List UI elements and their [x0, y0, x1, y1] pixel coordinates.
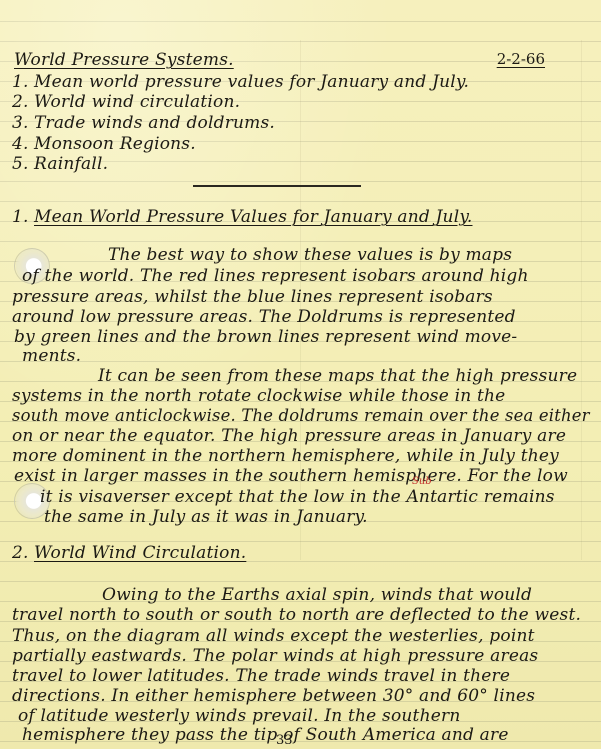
contents-item-2: 2.World wind circulation. — [12, 92, 240, 112]
section2-line: travel to lower latitudes. The trade win… — [12, 666, 510, 686]
section1-line: of the world. The red lines represent is… — [22, 266, 529, 286]
section1-line: pressure areas, whilst the blue lines re… — [12, 287, 493, 307]
contents-item-1: 1.Mean world pressure values for January… — [12, 72, 469, 92]
notebook-page: World Pressure Systems. 2-2-66 1.Mean wo… — [0, 0, 601, 749]
section1-heading: 1.Mean World Pressure Values for January… — [12, 207, 473, 227]
section1-line: it is visaverser except that the low in … — [40, 487, 555, 507]
page-number: 33 — [276, 733, 293, 748]
section2-line: of latitude westerly winds prevail. In t… — [18, 706, 460, 726]
section-divider — [193, 185, 361, 187]
section1-line: around low pressure areas. The Doldrums … — [12, 307, 516, 327]
section1-line: south move anticlockwise. The doldrums r… — [12, 406, 590, 426]
contents-item-3: 3.Trade winds and doldrums. — [12, 113, 275, 133]
section2-line: travel north to south or south to north … — [12, 605, 581, 625]
section2-line: Thus, on the diagram all winds except th… — [12, 626, 535, 646]
section1-line: exist in larger masses in the southern h… — [14, 466, 568, 486]
section2-line: partially eastwards. The polar winds at … — [12, 646, 538, 666]
section2-line: directions. In either hemisphere between… — [12, 686, 535, 706]
section1-line: on or near the equator. The high pressur… — [12, 426, 566, 446]
section2-line: Owing to the Earths axial spin, winds th… — [102, 585, 532, 605]
red-correction-note: Sub — [412, 476, 432, 487]
page-title: World Pressure Systems. — [14, 50, 234, 70]
section2-heading: 2.World Wind Circulation. — [12, 543, 246, 563]
contents-item-4: 4.Monsoon Regions. — [12, 134, 196, 154]
section1-line: It can be seen from these maps that the … — [98, 366, 577, 386]
section1-line: ments. — [22, 346, 81, 366]
section1-line: The best way to show these values is by … — [108, 245, 512, 265]
section1-line: systems in the north rotate clockwise wh… — [12, 386, 505, 406]
section1-line: the same in July as it was in January. — [44, 507, 368, 527]
section1-line: more dominent in the northern hemisphere… — [12, 446, 559, 466]
section2-line: hemisphere they pass the tip of South Am… — [22, 725, 509, 745]
contents-item-5: 5.Rainfall. — [12, 154, 108, 174]
page-date: 2-2-66 — [497, 50, 545, 68]
section1-line: by green lines and the brown lines repre… — [14, 327, 517, 347]
